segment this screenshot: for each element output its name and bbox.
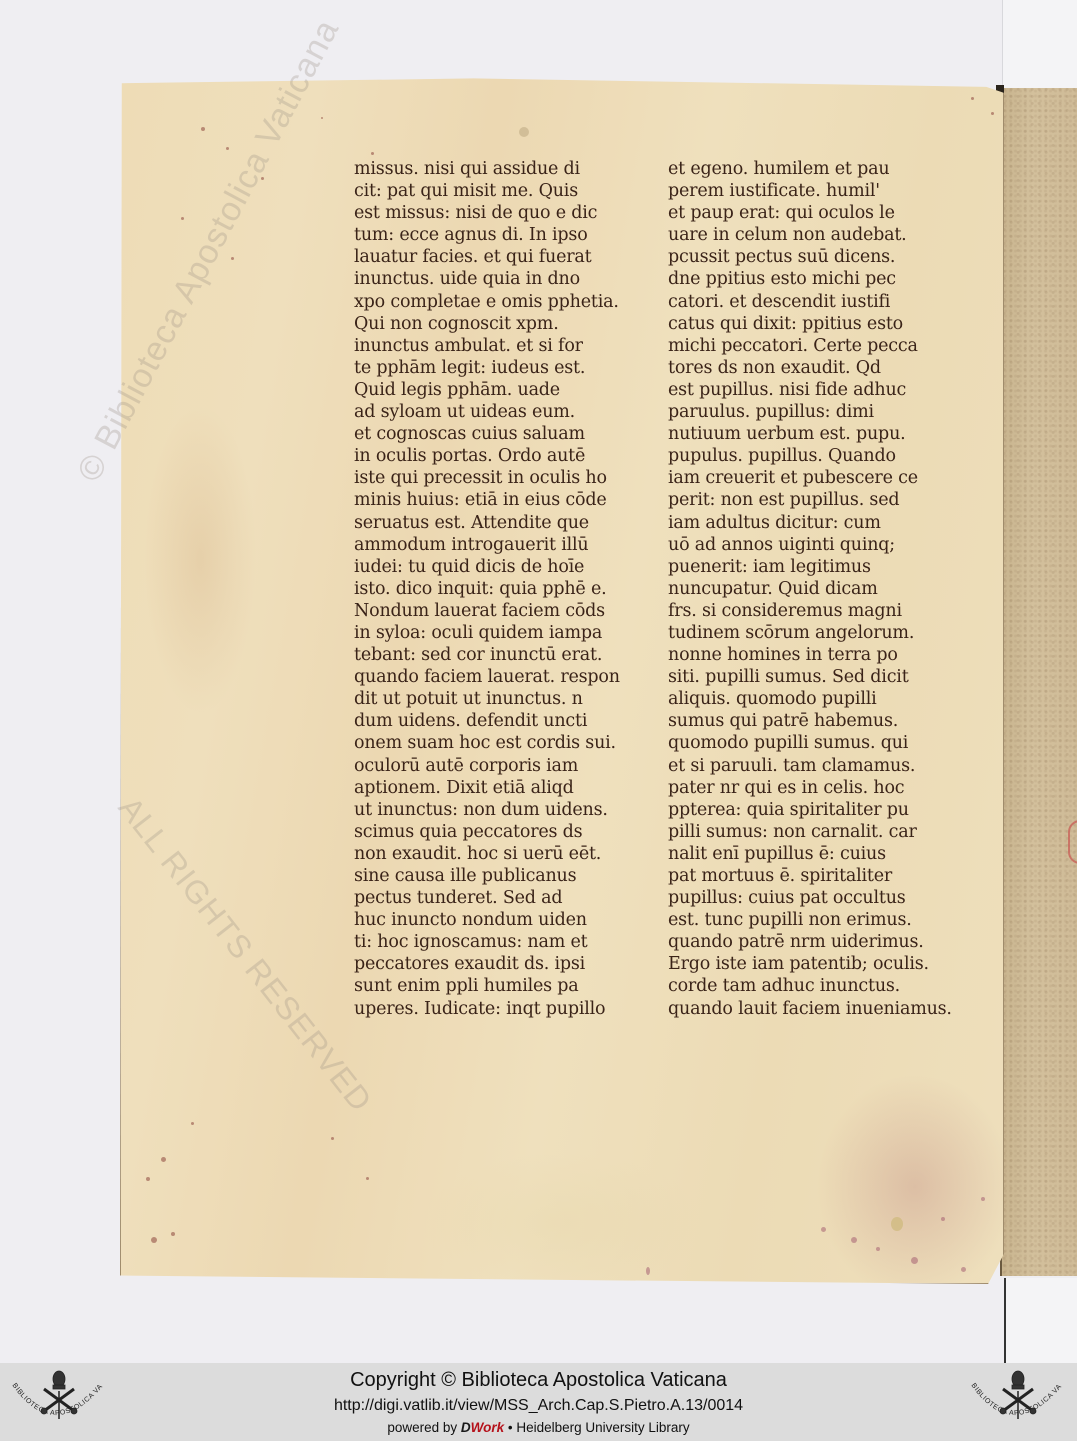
stain (331, 1137, 334, 1140)
manuscript-line: quando patrē nrm uiderimus. (668, 931, 943, 953)
stain (821, 1227, 826, 1232)
stain (941, 1217, 945, 1221)
manuscript-line: dit ut potuit ut inunctus. n (354, 688, 624, 710)
papal-emblem-icon: BIBLIOTECA APOSTOLICA VATICANA (963, 1367, 1073, 1439)
stain (261, 177, 264, 180)
manuscript-line: oculorū autē corporis iam (354, 755, 624, 777)
manuscript-line: isto. dico inquit: quia pphē e. (354, 578, 624, 600)
manuscript-line: dum uidens. defendit uncti (354, 710, 624, 732)
manuscript-line: pcussit pectus suū dicens. (668, 246, 943, 268)
manuscript-line: sine causa ille publicanus (354, 865, 624, 887)
stain (851, 1237, 857, 1243)
manuscript-line: dne ppitius esto michi pec (668, 268, 943, 290)
manuscript-line: catus qui dixit: ppitius esto (668, 313, 943, 335)
stain (151, 1237, 157, 1243)
stain (981, 1197, 985, 1201)
text-column-right: et egeno. humilem et pauperem iustificat… (668, 158, 943, 1020)
manuscript-line: tores ds non exaudit. Qd (668, 357, 943, 379)
manuscript-line: uō ad annos uiginti quinq; (668, 534, 943, 556)
manuscript-line: pupillus: cuius pat occultus (668, 887, 943, 909)
copyright-footer: BIBLIOTECA APOSTOLICA VATICANA Copyright… (0, 1363, 1077, 1441)
manuscript-line: tebant: sed cor inunctū erat. (354, 644, 624, 666)
manuscript-line: sunt enim ppli humiles pa (354, 975, 624, 997)
stain (171, 1232, 175, 1236)
stain (366, 1177, 369, 1180)
stain (891, 1217, 903, 1231)
stain (191, 1122, 194, 1125)
manuscript-line: Ergo iste iam patentib; oculis. (668, 953, 943, 975)
manuscript-line: lauatur facies. et qui fuerat (354, 246, 624, 268)
manuscript-line: Quid legis pphām. uade (354, 379, 624, 401)
manuscript-line: minis huius: etiā in eius cōde (354, 489, 624, 511)
manuscript-line: est pupillus. nisi fide adhuc (668, 379, 943, 401)
facing-page-red-mark (1068, 820, 1077, 864)
manuscript-line: et cognoscas cuius saluam (354, 423, 624, 445)
white-flap (1002, 0, 1077, 90)
stain (181, 217, 184, 220)
stain (911, 1257, 918, 1264)
manuscript-line: inunctus. uide quia in dno (354, 268, 624, 290)
manuscript-line: nalit enī pupillus ē: cuius (668, 843, 943, 865)
manuscript-line: cit: pat qui misit me. Quis (354, 180, 624, 202)
powered-by-text: powered by DWork • Heidelberg University… (0, 1420, 1077, 1435)
stain (646, 1267, 650, 1275)
manuscript-line: est missus: nisi de quo e dic (354, 202, 624, 224)
manuscript-line: corde tam adhuc inunctus. (668, 975, 943, 997)
manuscript-line: puenerit: iam legitimus (668, 556, 943, 578)
manuscript-line: te pphām legit: iudeus est. (354, 357, 624, 379)
manuscript-line: pilli sumus: non carnalit. car (668, 821, 943, 843)
manuscript-line: quando lauit faciem inueniamus. (668, 998, 943, 1020)
manuscript-line: huc inuncto nondum uiden (354, 909, 624, 931)
text-column-left: missus. nisi qui assidue dicit: pat qui … (354, 158, 624, 1020)
vatican-library-logo-right: BIBLIOTECA APOSTOLICA VATICANA (963, 1367, 1073, 1439)
manuscript-line: paruulus. pupillus: dimi (668, 401, 943, 423)
manuscript-line: ti: hoc ignoscamus: nam et (354, 931, 624, 953)
stain (321, 117, 323, 119)
manuscript-line: quomodo pupilli sumus. qui (668, 732, 943, 754)
manuscript-line: quando faciem lauerat. respon (354, 666, 624, 688)
source-url[interactable]: http://digi.vatlib.it/view/MSS_Arch.Cap.… (0, 1397, 1077, 1415)
dwork-work: Work (471, 1420, 505, 1435)
manuscript-line: nonne homines in terra po (668, 644, 943, 666)
manuscript-line: onem suam hoc est cordis sui. (354, 732, 624, 754)
stain (876, 1247, 880, 1251)
manuscript-line: ad syloam ut uideas eum. (354, 401, 624, 423)
manuscript-line: uare in celum non audebat. (668, 224, 943, 246)
manuscript-line: iam adultus dicitur: cum (668, 512, 943, 534)
manuscript-line: pater nr qui es in celis. hoc (668, 777, 943, 799)
stain (231, 257, 234, 260)
manuscript-line: uperes. Iudicate: inqt pupillo (354, 998, 624, 1020)
manuscript-line: et paup erat: qui oculos le (668, 202, 943, 224)
manuscript-line: Qui non cognoscit xpm. (354, 313, 624, 335)
manuscript-line: ppterea: quia spiritaliter pu (668, 799, 943, 821)
manuscript-line: ut inunctus: non dum uidens. (354, 799, 624, 821)
manuscript-line: siti. pupilli sumus. Sed dicit (668, 666, 943, 688)
manuscript-line: non exaudit. hoc si uerū eēt. (354, 843, 624, 865)
powered-suffix: • Heidelberg University Library (504, 1420, 690, 1435)
manuscript-line: peccatores exaudit ds. ipsi (354, 953, 624, 975)
white-underlay (1004, 1278, 1077, 1363)
manuscript-line: perit: non est pupillus. sed (668, 489, 943, 511)
manuscript-line: et egeno. humilem et pau (668, 158, 943, 180)
manuscript-line: michi peccatori. Certe pecca (668, 335, 943, 357)
manuscript-line: pupulus. pupillus. Quando (668, 445, 943, 467)
stain (971, 97, 974, 100)
manuscript-line: Nondum lauerat faciem cōds (354, 600, 624, 622)
powered-prefix: powered by (387, 1420, 461, 1435)
dwork-d: D (461, 1420, 471, 1435)
manuscript-line: iudei: tu quid dicis de hoīe (354, 556, 624, 578)
stain (991, 112, 994, 115)
stain (371, 152, 374, 155)
stain (201, 127, 205, 131)
manuscript-line: in syloa: oculi quidem iampa (354, 622, 624, 644)
manuscript-line: seruatus est. Attendite que (354, 512, 624, 534)
manuscript-line: perem iustificate. humil' (668, 180, 943, 202)
manuscript-line: aliquis. quomodo pupilli (668, 688, 943, 710)
manuscript-line: catori. et descendit iustifi (668, 291, 943, 313)
manuscript-line: in oculis portas. Ordo autē (354, 445, 624, 467)
facing-folio-edge (1000, 88, 1077, 1276)
manuscript-line: ammodum introgauerit illū (354, 534, 624, 556)
manuscript-line: tudinem scōrum angelorum. (668, 622, 943, 644)
stain (519, 127, 529, 137)
manuscript-line: pectus tunderet. Sed ad (354, 887, 624, 909)
stain (961, 1267, 966, 1272)
manuscript-line: scimus quia peccatores ds (354, 821, 624, 843)
stain (226, 147, 229, 150)
stain (146, 1177, 150, 1181)
manuscript-line: frs. si consideremus magni (668, 600, 943, 622)
manuscript-line: est. tunc pupilli non erimus. (668, 909, 943, 931)
stain (161, 1157, 166, 1162)
manuscript-line: sumus qui patrē habemus. (668, 710, 943, 732)
manuscript-line: nuncupatur. Quid dicam (668, 578, 943, 600)
manuscript-line: aptionem. Dixit etiā aliqd (354, 777, 624, 799)
manuscript-line: iam creuerit et pubescere ce (668, 467, 943, 489)
manuscript-line: inunctus ambulat. et si for (354, 335, 624, 357)
manuscript-line: pat mortuus ē. spiritaliter (668, 865, 943, 887)
manuscript-line: et si paruuli. tam clamamus. (668, 755, 943, 777)
manuscript-line: nutiuum uerbum est. pupu. (668, 423, 943, 445)
manuscript-line: xpo completae e omis pphetia. (354, 291, 624, 313)
manuscript-line: missus. nisi qui assidue di (354, 158, 624, 180)
manuscript-line: iste qui precessit in oculis ho (354, 467, 624, 489)
dwork-link[interactable]: DWork (461, 1420, 504, 1435)
copyright-text: Copyright © Biblioteca Apostolica Vatica… (0, 1369, 1077, 1392)
manuscript-line: tum: ecce agnus di. In ipso (354, 224, 624, 246)
